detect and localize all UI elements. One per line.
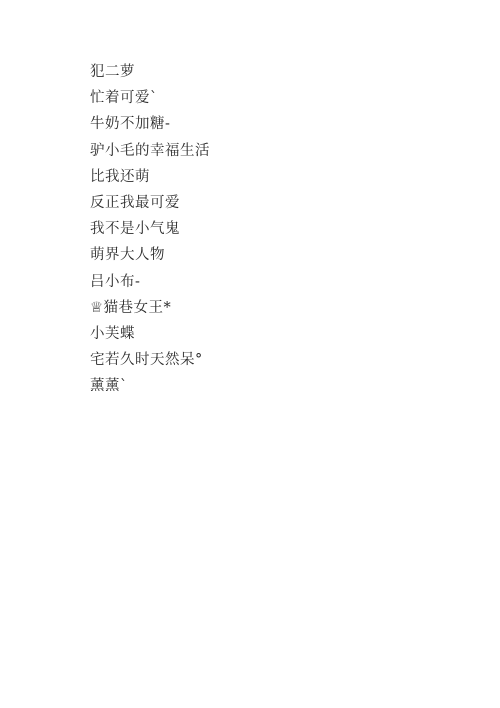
- list-item: 薰薰`: [90, 376, 210, 402]
- nickname-list: 犯二萝 忙着可爱` 牛奶不加糖- 驴小毛的幸福生活 比我还萌 反正我最可爱 我不…: [90, 62, 210, 402]
- list-item: 吕小布-: [90, 272, 210, 298]
- list-item: 牛奶不加糖-: [90, 114, 210, 140]
- list-item: 比我还萌: [90, 167, 210, 193]
- list-item: ♕猫巷女王*: [90, 298, 210, 324]
- list-item: 犯二萝: [90, 62, 210, 88]
- list-item: 小芙蝶: [90, 324, 210, 350]
- list-item: 萌界大人物: [90, 245, 210, 271]
- list-item: 驴小毛的幸福生活: [90, 141, 210, 167]
- list-item: 忙着可爱`: [90, 88, 210, 114]
- list-item: 宅若久时天然呆°: [90, 350, 210, 376]
- document-page: 犯二萝 忙着可爱` 牛奶不加糖- 驴小毛的幸福生活 比我还萌 反正我最可爱 我不…: [0, 0, 500, 708]
- list-item: 我不是小气鬼: [90, 219, 210, 245]
- list-item: 反正我最可爱: [90, 193, 210, 219]
